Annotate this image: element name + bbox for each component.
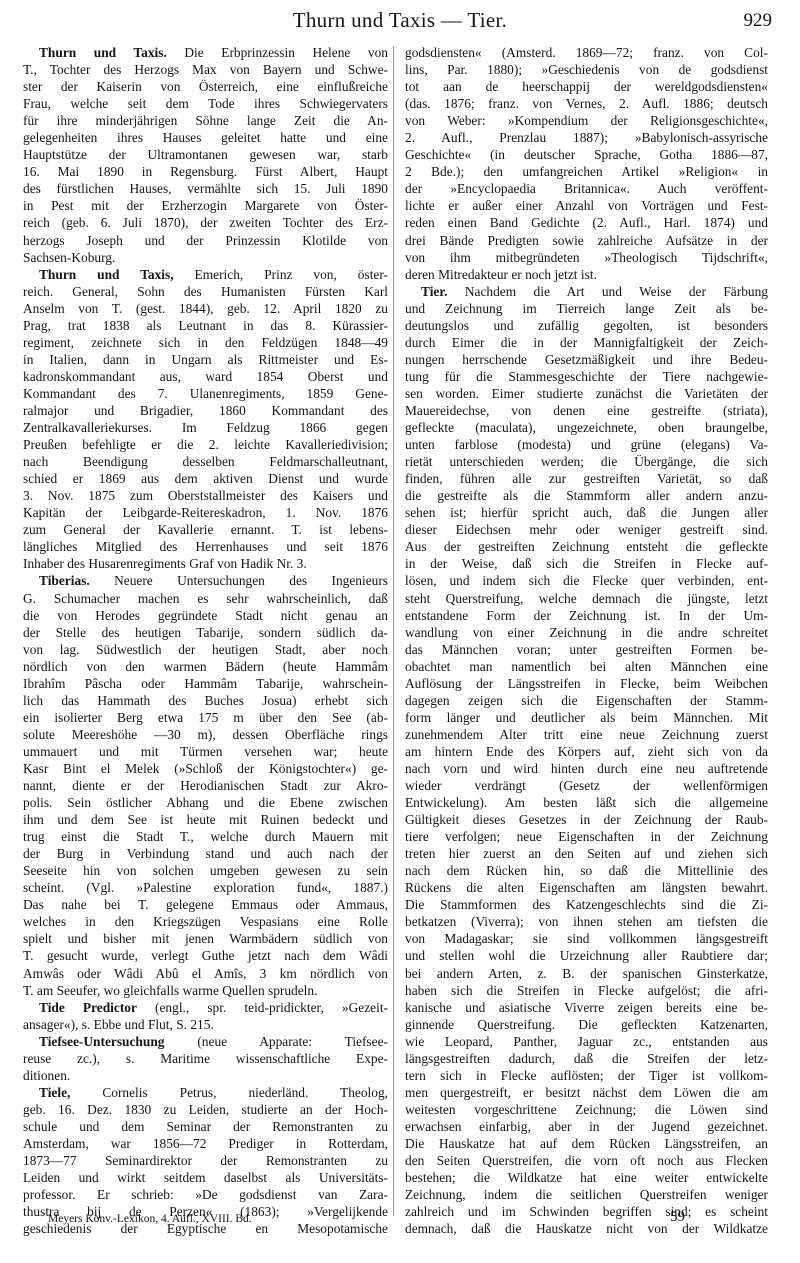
text-line: bestehen; die Wildkatze hat eine weiter …	[405, 1169, 768, 1186]
line-text: drei Bände Predigten sowie zahlreiche Au…	[405, 233, 768, 248]
line-text: G. Schumacher machen es sehr wahrscheinl…	[23, 591, 388, 606]
text-line: in Pest mit der Erzherzogin Margarete vo…	[23, 197, 388, 214]
text-line: herzogs Joseph und der Prinzessin Klotil…	[23, 232, 388, 249]
text-line: T. gesucht wurde, verlegt Guthe jetzt na…	[23, 947, 388, 964]
line-text: nach vorn und wird hinten durch eine neu…	[405, 761, 768, 776]
line-text: von ihm mitbegründeten »Theologisch Tijd…	[405, 250, 768, 265]
line-text: lichte er außer einer Anzahl von Vorträg…	[405, 198, 768, 213]
text-line: obachtet man namentlich bei alten Männch…	[405, 658, 768, 675]
line-text: sehen ist; hierfür spricht auch, daß die…	[405, 505, 768, 520]
text-line: G. Schumacher machen es sehr wahrscheinl…	[23, 590, 388, 607]
line-text: nach Beendigung desselben Feldmarschalle…	[23, 454, 388, 469]
text-line: Das nahe bei T. gelegene Emmaus oder Amm…	[23, 896, 388, 913]
text-line: men quergestreift, er besitzt nächst dem…	[405, 1084, 768, 1101]
line-text: Gültigkeit dieses Gesetzes in der Zeichn…	[405, 812, 768, 827]
text-line: die gestreifte als die Stammform aller a…	[405, 487, 768, 504]
text-line: scheint. (Vgl. »Palestine exploration fu…	[23, 879, 388, 896]
text-line: reich. General, Sohn des Humanisten Fürs…	[23, 283, 388, 300]
line-text: Emerich, Prinz von, öster-	[174, 267, 388, 282]
line-text: Rückens die alten Eigenschaften am längs…	[405, 880, 768, 895]
line-text: (engl., spr. teid-pridickter, »Gezeit-	[137, 1000, 388, 1015]
text-line: deren Mitredakteur er noch jetzt ist.	[405, 266, 768, 283]
text-line: von lag. Südwestlich der heutigen Stadt,…	[23, 641, 388, 658]
line-text: ihm und dem See ist heute mit Ruinen bed…	[23, 812, 388, 827]
text-line: ummauert und mit Türmen versehen war; he…	[23, 743, 388, 760]
text-line: Amsterdam, war 1856—72 Prediger in Rotte…	[23, 1135, 388, 1152]
text-line: welches in den Kriegszügen Vespasians ei…	[23, 913, 388, 930]
text-line: reden einen Band Gedichte (2. Aufl., Har…	[405, 214, 768, 231]
page-footer: Meyers Konv.-Lexikon, 4. Aufl., XVIII. B…	[0, 1213, 800, 1233]
text-line: am hintern Ende des Körpers auf, zieht s…	[405, 743, 768, 760]
line-text: wandlung von einer Zeichnung in die andr…	[405, 625, 768, 640]
text-line: unten farblose (modesta) und grüne (eleg…	[405, 436, 768, 453]
text-line: das Männchen voran; unter gestreiften Fo…	[405, 641, 768, 658]
line-text: ralmajor und Brigadier, 1860 Kommandant …	[23, 403, 388, 418]
line-text: Ibrahîm Pâscha oder Hammâm Tabarije, wah…	[23, 676, 388, 691]
line-text: zum General der Kavallerie ernannt. T. i…	[23, 522, 388, 537]
text-line: deutungslos und zufällig gegolten, ist b…	[405, 317, 768, 334]
text-line: tern sich in Flecke auflösten; der Tiger…	[405, 1067, 768, 1084]
line-text: Leiden und wirkt seitdem daselbst als Un…	[23, 1170, 388, 1185]
text-line: lösen, und indem sich die Flecke quer ve…	[405, 572, 768, 589]
text-line: Kapitän der Leibgarde-Reitereskadron, 1.…	[23, 504, 388, 521]
text-line: durch Eimer die in der Mannigfaltigkeit …	[405, 334, 768, 351]
text-line: Leiden und wirkt seitdem daselbst als Un…	[23, 1169, 388, 1186]
text-line: Prag, trat 1838 als Leutnant in das 8. K…	[23, 317, 388, 334]
text-line: Mauereidechse, von denen eine gestreifte…	[405, 402, 768, 419]
line-text: der »Encyclopaedia Britannica«. Auch ver…	[405, 181, 768, 196]
text-line: von ihm mitbegründeten »Theologisch Tijd…	[405, 249, 768, 266]
footer-signature: Meyers Konv.-Lexikon, 4. Aufl., XVIII. B…	[48, 1213, 252, 1225]
text-line: regiment, zeichnete sich in den Feldzüge…	[23, 334, 388, 351]
text-line: 16. Mai 1890 in Regensburg. Fürst Albert…	[23, 163, 388, 180]
text-line: nach Beendigung desselben Feldmarschalle…	[23, 453, 388, 470]
line-text: tot aan de heerschappij der wereldgodsdi…	[405, 79, 768, 94]
text-line: nungen herrschende Gesetzmäßigkeit und i…	[405, 351, 768, 368]
line-text: obachtet man namentlich bei alten Männch…	[405, 659, 768, 674]
text-line: ein isolierter Berg etwa 175 m über den …	[23, 709, 388, 726]
text-line: Gültigkeit dieses Gesetzes in der Zeichn…	[405, 811, 768, 828]
line-text: von Weber: »Kompendium der Religionsgesc…	[405, 113, 768, 128]
page-number: 929	[744, 10, 773, 32]
text-line: Die Hauskatze hat auf dem Rücken Längsst…	[405, 1135, 768, 1152]
line-text: kadronskommandant aus, ward 1854 Oberst …	[23, 369, 388, 384]
line-text: ummauert und mit Türmen versehen war; he…	[23, 744, 388, 759]
left-column: Thurn und Taxis. Die Erbprinzessin Helen…	[23, 44, 388, 1237]
text-line: nach dem Rücken hin, so daß die Mittelli…	[405, 862, 768, 879]
text-line: tung für die Stammesgeschichte der Tiere…	[405, 368, 768, 385]
line-text: lins, Par. 1880); »Geschiedenis von de g…	[405, 62, 768, 77]
text-line: längliches Mitglied des Herrenhauses und…	[23, 538, 388, 555]
line-text: 1873—77 Seminardirektor der Remonstrante…	[23, 1153, 388, 1168]
line-text: ditionen.	[23, 1068, 70, 1083]
line-text: dagegen zeigen sich die Eigenschaften de…	[405, 693, 768, 708]
entry-headword: Thurn und Taxis,	[39, 267, 174, 282]
text-line: bei andern Arten, z. B. der spanischen G…	[405, 965, 768, 982]
line-text: tiere verfolgen; neue Eigenschaften in d…	[405, 829, 768, 844]
line-text: von lag. Südwestlich der heutigen Stadt,…	[23, 642, 388, 657]
line-text: welches in den Kriegszügen Vespasians ei…	[23, 914, 388, 929]
line-text: Preußen befehligte er die 2. leichte Kav…	[23, 437, 388, 452]
entry-headword: Tiele,	[39, 1085, 70, 1100]
line-text: treten hier zuerst an den Seiten auf und…	[405, 846, 768, 861]
line-text: nach dem Rücken hin, so daß die Mittelli…	[405, 863, 768, 878]
entry-headword: Tiberias.	[39, 573, 90, 588]
line-text: Kasr Bint el Melek (»Schloß der Königsto…	[23, 761, 388, 776]
text-line: Preußen befehligte er die 2. leichte Kav…	[23, 436, 388, 453]
line-text: steht Querstreifung, welche demnach die …	[405, 591, 768, 606]
text-line: lins, Par. 1880); »Geschiedenis von de g…	[405, 61, 768, 78]
text-line: rietät unterschieden werden; die Übergän…	[405, 453, 768, 470]
text-line: reuse zc.), s. Maritime wissenschaftlich…	[23, 1050, 388, 1067]
line-text: godsdiensten« (Amsterd. 1869—72; franz. …	[405, 45, 768, 60]
text-line: in der Weise, daß sich die Streifen in F…	[405, 555, 768, 572]
text-line: Amwâs oder Wâdi Abû el Amîs, 3 km nördli…	[23, 965, 388, 982]
line-text: Die Erbprinzessin Helene von	[167, 45, 388, 60]
text-line: ster der Kaiserin von Österreich, eine e…	[23, 78, 388, 95]
line-text: scheint. (Vgl. »Palestine exploration fu…	[23, 880, 388, 895]
line-text: Die Hauskatze hat auf dem Rücken Längsst…	[405, 1136, 768, 1151]
text-line: trug einst die Stadt T., welche durch Ma…	[23, 828, 388, 845]
text-line: wandlung von einer Zeichnung in die andr…	[405, 624, 768, 641]
text-line: professor. Er schrieb: »De godsdienst va…	[23, 1186, 388, 1203]
line-text: Die Stammformen des Katzengeschlechts si…	[405, 897, 768, 912]
line-text: reden einen Band Gedichte (2. Aufl., Har…	[405, 215, 768, 230]
line-text: T. am Seeufer, wo gleichfalls warme Quel…	[23, 983, 317, 998]
text-line: von Weber: »Kompendium der Religionsgesc…	[405, 112, 768, 129]
text-line: Geschichte« (in deutscher Sprache, Gotha…	[405, 146, 768, 163]
text-line: Aus der gestreiften Zeichnung entsteht d…	[405, 538, 768, 555]
text-line: Zeichnung, indem die seitlichen Querstre…	[405, 1186, 768, 1203]
line-text: tung für die Stammesgeschichte der Tiere…	[405, 369, 768, 384]
text-line: kadronskommandant aus, ward 1854 Oberst …	[23, 368, 388, 385]
text-line: Frau, welche seit dem Tode ihres Schwieg…	[23, 95, 388, 112]
line-text: entstandene Form der Zeichnung ist. In d…	[405, 608, 768, 623]
text-line: schule und dem Seminar der Remonstranten…	[23, 1118, 388, 1135]
text-line: die von Herodes gegründete Stadt nicht g…	[23, 607, 388, 624]
line-text: den Seiten Querstreifen, die vorn oft no…	[405, 1153, 768, 1168]
line-text: nungen herrschende Gesetzmäßigkeit und i…	[405, 352, 768, 367]
entry-first-line: Tiefsee-Untersuchung (neue Apparate: Tie…	[23, 1033, 388, 1050]
entry-first-line: Thurn und Taxis, Emerich, Prinz von, öst…	[23, 266, 388, 283]
text-line: der Burg in Verbindung stand und auch na…	[23, 845, 388, 862]
line-text: solute Meereshöhe —30 m), dessen Oberflä…	[23, 727, 388, 742]
line-text: 16. Mai 1890 in Regensburg. Fürst Albert…	[23, 164, 388, 179]
text-line: 3. Nov. 1875 zum Oberststallmeister des …	[23, 487, 388, 504]
line-text: und stellen wohl die Urzeichnung aller R…	[405, 948, 768, 963]
line-text: professor. Er schrieb: »De godsdienst va…	[23, 1187, 388, 1202]
line-text: und Zeichnung im Tierreich lange Zeit al…	[405, 301, 768, 316]
text-line: Ibrahîm Pâscha oder Hammâm Tabarije, wah…	[23, 675, 388, 692]
text-line: betkatzen (Viverra); von ihnen stehen am…	[405, 913, 768, 930]
line-text: reuse zc.), s. Maritime wissenschaftlich…	[23, 1051, 388, 1066]
text-line: dagegen zeigen sich die Eigenschaften de…	[405, 692, 768, 709]
line-text: Hauptstütze der Ultramontanen gewesen wa…	[23, 147, 388, 162]
line-text: schied er 1869 aus dem aktiven Dienst un…	[23, 471, 388, 486]
page-title: Thurn und Taxis — Tier.	[0, 8, 800, 33]
text-line: gelegenheiten ihres Hauses geleitet hatt…	[23, 129, 388, 146]
line-text: (neue Apparate: Tiefsee-	[164, 1034, 388, 1049]
text-line: 2. Aufl., Prenzlau 1887); »Babylonisch-a…	[405, 129, 768, 146]
line-text: längliches Mitglied des Herrenhauses und…	[23, 539, 388, 554]
text-line: nach vorn und wird hinten durch eine neu…	[405, 760, 768, 777]
line-text: betkatzen (Viverra); von ihnen stehen am…	[405, 914, 768, 929]
line-text: Neuere Untersuchungen des Ingenieurs	[90, 573, 388, 588]
line-text: ginnende Querstreifung. Die gefleckten K…	[405, 1017, 768, 1032]
text-line: Auflösung der Längsstreifen in Flecke, b…	[405, 675, 768, 692]
line-text: sen worden. Eimer studierte zunächst die…	[405, 386, 768, 401]
text-line: der Stelle des heutigen Tabarije, sonder…	[23, 624, 388, 641]
line-text: in Pest mit der Erzherzogin Margarete vo…	[23, 198, 388, 213]
text-line: Zentralkavalleriekurses. Im Feldzug 1866…	[23, 419, 388, 436]
line-text: T. gesucht wurde, verlegt Guthe jetzt na…	[23, 948, 388, 963]
text-line: den Seiten Querstreifen, die vorn oft no…	[405, 1152, 768, 1169]
line-text: in Italien, dann in Ungarn als Rittmeist…	[23, 352, 388, 367]
line-text: schule und dem Seminar der Remonstranten…	[23, 1119, 388, 1134]
line-text: für ihre minderjährigen Söhne lange Zeit…	[23, 113, 388, 128]
line-text: kanische und asiatische Viverre zeigen b…	[405, 1000, 768, 1015]
line-text: polis. Sein östlicher Abhang und die Ebe…	[23, 795, 388, 810]
text-line: Sachsen-Koburg.	[23, 249, 388, 266]
line-text: Auflösung der Längsstreifen in Flecke, b…	[405, 676, 768, 691]
line-text: (das. 1876; franz. von Vernes, 2. Aufl. …	[405, 96, 768, 111]
line-text: herzogs Joseph und der Prinzessin Klotil…	[23, 233, 388, 248]
text-line: wie Leopard, Panther, Jaguar zc., entsta…	[405, 1033, 768, 1050]
text-line: steht Querstreifung, welche demnach die …	[405, 590, 768, 607]
entry-first-line: Tier. Nachdem die Art und Weise der Färb…	[405, 283, 768, 300]
entry-headword: Tide Predictor	[39, 1000, 137, 1015]
text-line: Kasr Bint el Melek (»Schloß der Königsto…	[23, 760, 388, 777]
entry-headword: Tier.	[421, 284, 447, 299]
text-line: lichte er außer einer Anzahl von Vorträg…	[405, 197, 768, 214]
line-text: durch Eimer die in der Mannigfaltigkeit …	[405, 335, 768, 350]
line-text: nannt, diente er der Herodianischen Stad…	[23, 778, 388, 793]
text-line: und stellen wohl die Urzeichnung aller R…	[405, 947, 768, 964]
line-text: rietät unterschieden werden; die Übergän…	[405, 454, 768, 469]
line-text: Amsterdam, war 1856—72 Prediger in Rotte…	[23, 1136, 388, 1151]
line-text: Entwickelung). Am besten läßt sich die a…	[405, 795, 768, 810]
running-header: Thurn und Taxis — Tier. 929	[0, 8, 800, 34]
text-line: ditionen.	[23, 1067, 388, 1084]
right-column: godsdiensten« (Amsterd. 1869—72; franz. …	[405, 44, 768, 1237]
line-text: Mauereidechse, von denen eine gestreifte…	[405, 403, 768, 418]
line-text: gefleckte (maculata), ungezeichnete, obe…	[405, 420, 768, 435]
line-text: Inhaber des Husarenregiments Graf von Ha…	[23, 556, 307, 571]
text-line: drei Bände Predigten sowie zahlreiche Au…	[405, 232, 768, 249]
line-text: der Stelle des heutigen Tabarije, sonder…	[23, 625, 388, 640]
line-text: Kommandant des 7. Ulanenregiments, 1859 …	[23, 386, 388, 401]
text-line: des fürstlichen Hauses, vermählte sich 1…	[23, 180, 388, 197]
text-line: Kommandant des 7. Ulanenregiments, 1859 …	[23, 385, 388, 402]
entry-headword: Thurn und Taxis.	[39, 45, 167, 60]
text-line: wieder verdrängt (Gesetz der wellenförmi…	[405, 777, 768, 794]
text-line: Entwickelung). Am besten läßt sich die a…	[405, 794, 768, 811]
line-text: Aus der gestreiften Zeichnung entsteht d…	[405, 539, 768, 554]
line-text: wieder verdrängt (Gesetz der wellenförmi…	[405, 778, 768, 793]
line-text: form länger und deutlicher als beim Männ…	[405, 710, 768, 725]
line-text: bestehen; die Wildkatze hat eine weiter …	[405, 1170, 768, 1185]
line-text: deren Mitredakteur er noch jetzt ist.	[405, 267, 597, 282]
line-text: ansager«), s. Ebbe und Flut, S. 215.	[23, 1017, 214, 1032]
line-text: bei andern Arten, z. B. der spanischen G…	[405, 966, 768, 981]
line-text: wie Leopard, Panther, Jaguar zc., entsta…	[405, 1034, 768, 1049]
text-line: entstandene Form der Zeichnung ist. In d…	[405, 607, 768, 624]
text-line: zum General der Kavallerie ernannt. T. i…	[23, 521, 388, 538]
line-text: gelegenheiten ihres Hauses geleitet hatt…	[23, 130, 388, 145]
line-text: haben sich die Streifen in Flecke aufgel…	[405, 983, 768, 998]
text-line: nördlich von den warmen Bädern (heute Ha…	[23, 658, 388, 675]
text-line: Hauptstütze der Ultramontanen gewesen wa…	[23, 146, 388, 163]
text-line: gefleckte (maculata), ungezeichnete, obe…	[405, 419, 768, 436]
line-text: tern sich in Flecke auflösten; der Tiger…	[405, 1068, 768, 1083]
line-text: von Madagaskar; sie sind vollkommen läng…	[405, 931, 768, 946]
line-text: ster der Kaiserin von Österreich, eine e…	[23, 79, 388, 94]
text-line: haben sich die Streifen in Flecke aufgel…	[405, 982, 768, 999]
text-line: sen worden. Eimer studierte zunächst die…	[405, 385, 768, 402]
line-text: weitesten vorgeschrittene Zeichnung; die…	[405, 1102, 768, 1117]
column-divider	[393, 46, 394, 1216]
line-text: in der Weise, daß sich die Streifen in F…	[405, 556, 768, 571]
line-text: ein isolierter Berg etwa 175 m über den …	[23, 710, 388, 725]
line-text: Zentralkavalleriekurses. Im Feldzug 1866…	[23, 420, 388, 435]
line-text: erwachsen einfarbig, aber in der Jugend …	[405, 1119, 768, 1134]
line-text: die von Herodes gegründete Stadt nicht g…	[23, 608, 388, 623]
line-text: Cornelis Petrus, niederländ. Theolog,	[70, 1085, 388, 1100]
line-text: die gestreifte als die Stammform aller a…	[405, 488, 768, 503]
text-line: ihm und dem See ist heute mit Ruinen bed…	[23, 811, 388, 828]
text-line: Die Stammformen des Katzengeschlechts si…	[405, 896, 768, 913]
text-line: Inhaber des Husarenregiments Graf von Ha…	[23, 555, 388, 572]
text-line: erwachsen einfarbig, aber in der Jugend …	[405, 1118, 768, 1135]
line-text: deutungslos und zufällig gegolten, ist b…	[405, 318, 768, 333]
text-line: spielt und bisher mit jenen Warmbädern s…	[23, 930, 388, 947]
text-line: polis. Sein östlicher Abhang und die Ebe…	[23, 794, 388, 811]
entry-first-line: Tide Predictor (engl., spr. teid-pridick…	[23, 999, 388, 1016]
line-text: Sachsen-Koburg.	[23, 250, 115, 265]
text-line: sehen ist; hierfür spricht auch, daß die…	[405, 504, 768, 521]
entry-first-line: Tiele, Cornelis Petrus, niederländ. Theo…	[23, 1084, 388, 1101]
text-line: Anselm von T. (gest. 1844), geb. 12. Apr…	[23, 300, 388, 317]
line-text: finden, führen alle zur gestreiften Vari…	[405, 471, 768, 486]
text-line: ralmajor und Brigadier, 1860 Kommandant …	[23, 402, 388, 419]
line-text: Geschichte« (in deutscher Sprache, Gotha…	[405, 147, 768, 162]
line-text: T., Tochter des Herzogs Max von Bayern u…	[23, 62, 388, 77]
line-text: das Männchen voran; unter gestreiften Fo…	[405, 642, 768, 657]
text-line: finden, führen alle zur gestreiften Vari…	[405, 470, 768, 487]
text-line: tot aan de heerschappij der wereldgodsdi…	[405, 78, 768, 95]
text-line: in Italien, dann in Ungarn als Rittmeist…	[23, 351, 388, 368]
text-line: schied er 1869 aus dem aktiven Dienst un…	[23, 470, 388, 487]
line-text: Frau, welche seit dem Tode ihres Schwieg…	[23, 96, 388, 111]
text-line: ansager«), s. Ebbe und Flut, S. 215.	[23, 1016, 388, 1033]
text-line: und Zeichnung im Tierreich lange Zeit al…	[405, 300, 768, 317]
text-line: dieser Eidechsen mehr oder weniger gestr…	[405, 521, 768, 538]
line-text: 2 Bde.); den umfangreichen Artikel »Reli…	[405, 164, 768, 179]
text-line: 1873—77 Seminardirektor der Remonstrante…	[23, 1152, 388, 1169]
text-line: geb. 16. Dez. 1830 zu Leiden, studierte …	[23, 1101, 388, 1118]
text-line: tiere verfolgen; neue Eigenschaften in d…	[405, 828, 768, 845]
line-text: dieser Eidechsen mehr oder weniger gestr…	[405, 522, 768, 537]
line-text: reich (geb. 6. Juli 1870), der zweiten T…	[23, 215, 388, 230]
text-line: treten hier zuerst an den Seiten auf und…	[405, 845, 768, 862]
line-text: Amwâs oder Wâdi Abû el Amîs, 3 km nördli…	[23, 966, 388, 981]
text-line: solute Meereshöhe —30 m), dessen Oberflä…	[23, 726, 388, 743]
line-text: zunehmendem Alter tritt eine neue Zeichn…	[405, 727, 768, 742]
text-line: nannt, diente er der Herodianischen Stad…	[23, 777, 388, 794]
text-line: godsdiensten« (Amsterd. 1869—72; franz. …	[405, 44, 768, 61]
line-text: Nachdem die Art und Weise der Färbung	[447, 284, 768, 299]
text-line: 2 Bde.); den umfangreichen Artikel »Reli…	[405, 163, 768, 180]
line-text: regiment, zeichnete sich in den Feldzüge…	[23, 335, 388, 350]
line-text: am hintern Ende des Körpers auf, zieht s…	[405, 744, 768, 759]
line-text: Das nahe bei T. gelegene Emmaus oder Amm…	[23, 897, 388, 912]
entry-headword: Tiefsee-Untersuchung	[39, 1034, 164, 1049]
line-text: 3. Nov. 1875 zum Oberststallmeister des …	[23, 488, 388, 503]
text-line: form länger und deutlicher als beim Männ…	[405, 709, 768, 726]
line-text: unten farblose (modesta) und grüne (eleg…	[405, 437, 768, 452]
text-line: lich das Hammath des Buches Josua) erheb…	[23, 692, 388, 709]
line-text: nördlich von den warmen Bädern (heute Ha…	[23, 659, 388, 674]
line-text: Zeichnung, indem die seitlichen Querstre…	[405, 1187, 768, 1202]
line-text: der Burg in Verbindung stand und auch na…	[23, 846, 388, 861]
text-line: weitesten vorgeschrittene Zeichnung; die…	[405, 1101, 768, 1118]
line-text: men quergestreift, er besitzt nächst dem…	[405, 1085, 768, 1100]
text-line: zunehmendem Alter tritt eine neue Zeichn…	[405, 726, 768, 743]
text-line: T. am Seeufer, wo gleichfalls warme Quel…	[23, 982, 388, 999]
line-text: lösen, und indem sich die Flecke quer ve…	[405, 573, 768, 588]
line-text: spielt und bisher mit jenen Warmbädern s…	[23, 931, 388, 946]
text-line: Rückens die alten Eigenschaften am längs…	[405, 879, 768, 896]
text-line: für ihre minderjährigen Söhne lange Zeit…	[23, 112, 388, 129]
text-line: T., Tochter des Herzogs Max von Bayern u…	[23, 61, 388, 78]
sheet-number: 59	[670, 1209, 685, 1226]
text-line: reich (geb. 6. Juli 1870), der zweiten T…	[23, 214, 388, 231]
line-text: Anselm von T. (gest. 1844), geb. 12. Apr…	[23, 301, 388, 316]
text-line: ginnende Querstreifung. Die gefleckten K…	[405, 1016, 768, 1033]
text-line: längsgestreiften dadurch, daß die Streif…	[405, 1050, 768, 1067]
line-text: trug einst die Stadt T., welche durch Ma…	[23, 829, 388, 844]
line-text: längsgestreiften dadurch, daß die Streif…	[405, 1051, 768, 1066]
text-line: Seeseite hin von solchen umgeben gewesen…	[23, 862, 388, 879]
entry-first-line: Tiberias. Neuere Untersuchungen des Inge…	[23, 572, 388, 589]
line-text: Kapitän der Leibgarde-Reitereskadron, 1.…	[23, 505, 388, 520]
line-text: geb. 16. Dez. 1830 zu Leiden, studierte …	[23, 1102, 388, 1117]
line-text: des fürstlichen Hauses, vermählte sich 1…	[23, 181, 388, 196]
line-text: reich. General, Sohn des Humanisten Fürs…	[23, 284, 388, 299]
text-line: (das. 1876; franz. von Vernes, 2. Aufl. …	[405, 95, 768, 112]
line-text: Prag, trat 1838 als Leutnant in das 8. K…	[23, 318, 388, 333]
text-line: kanische und asiatische Viverre zeigen b…	[405, 999, 768, 1016]
line-text: lich das Hammath des Buches Josua) erheb…	[23, 693, 388, 708]
text-line: von Madagaskar; sie sind vollkommen läng…	[405, 930, 768, 947]
line-text: Seeseite hin von solchen umgeben gewesen…	[23, 863, 388, 878]
line-text: 2. Aufl., Prenzlau 1887); »Babylonisch-a…	[405, 130, 768, 145]
text-line: der »Encyclopaedia Britannica«. Auch ver…	[405, 180, 768, 197]
entry-first-line: Thurn und Taxis. Die Erbprinzessin Helen…	[23, 44, 388, 61]
